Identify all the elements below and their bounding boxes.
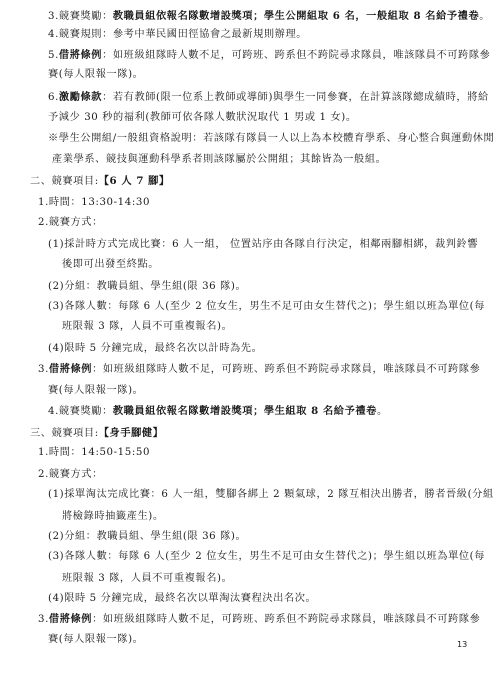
text-segment: 予減少 30 秒的福利(教師可依各隊人數狀況取代 1 男或 1 女)。 — [48, 112, 357, 123]
text-segment: 。 — [377, 406, 388, 417]
text-segment: ※學生公開組/一般組資格說明：若該隊有隊員一人以上為本校體育學系、身心整合與運動… — [48, 133, 494, 144]
text-segment: 3. — [38, 614, 49, 625]
document-line: 1.時間：14:50-15:50 — [38, 446, 150, 460]
bold-text: 教職員組依報名隊數增設獎項；學生組取 8 名給予禮卷 — [113, 405, 377, 417]
text-segment: 班限報 3 隊，人員不可重複報名)。 — [62, 573, 232, 584]
document-line: 3.借將條例：如班級組隊時人數不足，可跨班、跨系但不跨院尋求隊員，唯該隊員不可跨… — [38, 362, 480, 377]
document-line: 班限報 3 隊，人員不可重複報名)。 — [62, 320, 232, 334]
document-line: 將檢錄時抽籤產生)。 — [62, 510, 164, 524]
text-segment: ：如班級組隊時人數不足，可跨班、跨系但不跨院尋求隊員，唯該隊員不可跨隊參 — [102, 50, 490, 61]
text-segment: 2.競賽方式： — [38, 469, 103, 480]
text-segment: 產業學系、競技與運動科學系者則該隊屬於公開組；其餘皆為一般組。 — [52, 154, 386, 165]
bold-text: 激勵條款 — [59, 91, 102, 103]
text-segment: (3)各隊人數：每隊 6 人(至少 2 位女生，男生不足可由女生替代之)；學生組… — [48, 301, 485, 312]
document-line: (2)分組：教職員組、學生組(限 36 隊)。 — [48, 280, 246, 294]
document-line: 1.時間：13:30-14:30 — [38, 196, 150, 210]
bold-text: 教職員組依報名隊數增設獎項；學生公開組取 6 名，一般組取 8 名給予禮卷 — [113, 10, 479, 22]
document-line: 予減少 30 秒的福利(教師可依各隊人數狀況取代 1 男或 1 女)。 — [48, 111, 357, 125]
document-line: 產業學系、競技與運動科學系者則該隊屬於公開組；其餘皆為一般組。 — [52, 153, 386, 167]
bold-text: 借將條例 — [49, 363, 92, 375]
text-segment: 賽(每人限報一隊)。 — [48, 385, 143, 396]
document-line: (4)限時 5 分鐘完成，最終名次以計時為先。 — [48, 342, 262, 356]
document-line: 4.競賽獎勵：教職員組依報名隊數增設獎項；學生組取 8 名給予禮卷。 — [48, 404, 388, 419]
document-line: 後即可出發至終點。 — [62, 258, 159, 272]
document-line: 3.借將條例：如班級組隊時人數不足，可跨班、跨系但不跨院尋求隊員，唯該隊員不可跨… — [38, 612, 480, 627]
text-segment: ：如班級組隊時人數不足，可跨班、跨系但不跨院尋求隊員，唯該隊員不可跨隊參 — [92, 614, 480, 625]
document-line: 賽(每人限報一隊)。 — [48, 384, 143, 398]
document-line: (1)採計時方式完成比賽：6 人一組， 位置站序由各隊自行決定，相鄰兩腳相綁，裁… — [48, 238, 478, 252]
document-line: 2.競賽方式： — [38, 216, 103, 230]
document-line: 6.激勵條款：若有教師(限一位系上教師或導師)與學生一同參賽，在計算該隊總成績時… — [48, 90, 489, 105]
text-segment: (4)限時 5 分鐘完成，最終名次以計時為先。 — [48, 343, 262, 354]
bold-text: 【身手腳健】 — [99, 427, 164, 439]
text-segment: 賽(每人限報一隊)。 — [48, 634, 143, 645]
text-segment: 三、競賽項目: — [30, 428, 99, 439]
text-segment: ：若有教師(限一位系上教師或導師)與學生一同參賽，在計算該隊總成績時，將給 — [102, 92, 489, 103]
bold-text: 【6 人 7 腳】 — [99, 175, 170, 187]
document-line: 4.競賽規則：參考中華民國田徑協會之最新規則辦理。 — [48, 28, 307, 42]
document-line: 5.借將條例：如班級組隊時人數不足，可跨班、跨系但不跨院尋求隊員，唯該隊員不可跨… — [48, 48, 490, 63]
text-segment: (2)分組：教職員組、學生組(限 36 隊)。 — [48, 531, 246, 542]
bold-text: 借將條例 — [59, 49, 102, 61]
document-line: 3.競賽獎勵：教職員組依報名隊數增設獎項；學生公開組取 6 名，一般組取 8 名… — [48, 9, 490, 24]
text-segment: 後即可出發至終點。 — [62, 259, 159, 270]
text-segment: 2.競賽方式： — [38, 217, 103, 228]
text-segment: 6. — [48, 92, 59, 103]
document-line: (4)限時 5 分鐘完成，最終名次以單淘汰賽程決出名次。 — [48, 592, 316, 606]
text-segment: 4.競賽獎勵： — [48, 406, 113, 417]
document-line: (3)各隊人數：每隊 6 人(至少 2 位女生，男生不足可由女生替代之)；學生組… — [48, 550, 485, 564]
text-segment: 二、競賽項目: — [30, 176, 99, 187]
bold-text: 借將條例 — [49, 613, 92, 625]
text-segment: 3.競賽獎勵： — [48, 11, 113, 22]
document-line: 2.競賽方式： — [38, 468, 103, 482]
text-segment: 將檢錄時抽籤產生)。 — [62, 511, 164, 522]
document-line: (1)採單淘汰完成比賽：6 人一組，雙腳各綁上 2 顆氣球，2 隊互相決出勝者，… — [48, 488, 494, 502]
document-line: (2)分組：教職員組、學生組(限 36 隊)。 — [48, 530, 246, 544]
document-line: 三、競賽項目:【身手腳健】 — [30, 426, 164, 441]
text-segment: 1.時間：14:50-15:50 — [38, 447, 150, 458]
text-segment: 。 — [479, 11, 490, 22]
text-segment: (2)分組：教職員組、學生組(限 36 隊)。 — [48, 281, 246, 292]
text-segment: (1)採計時方式完成比賽：6 人一組， 位置站序由各隊自行決定，相鄰兩腳相綁，裁… — [48, 239, 478, 250]
text-segment: 賽(每人限報一隊)。 — [48, 69, 143, 80]
document-page: 3.競賽獎勵：教職員組依報名隊數增設獎項；學生公開組取 6 名，一般組取 8 名… — [0, 0, 495, 700]
document-line: (3)各隊人數：每隊 6 人(至少 2 位女生，男生不足可由女生替代之)；學生組… — [48, 300, 485, 314]
document-line: 二、競賽項目:【6 人 7 腳】 — [30, 174, 170, 189]
document-line: ※學生公開組/一般組資格說明：若該隊有隊員一人以上為本校體育學系、身心整合與運動… — [48, 132, 494, 146]
document-line: 賽(每人限報一隊)。 — [48, 68, 143, 82]
text-segment: (3)各隊人數：每隊 6 人(至少 2 位女生，男生不足可由女生替代之)；學生組… — [48, 551, 485, 562]
document-line: 班限報 3 隊，人員不可重複報名)。 — [62, 572, 232, 586]
text-segment: ：如班級組隊時人數不足，可跨班、跨系但不跨院尋求隊員，唯該隊員不可跨隊參 — [92, 364, 480, 375]
page-number: 13 — [457, 640, 467, 649]
text-segment: 5. — [48, 50, 59, 61]
text-segment: 1.時間：13:30-14:30 — [38, 197, 150, 208]
text-segment: 3. — [38, 364, 49, 375]
text-segment: 4.競賽規則：參考中華民國田徑協會之最新規則辦理。 — [48, 29, 307, 40]
text-segment: (1)採單淘汰完成比賽：6 人一組，雙腳各綁上 2 顆氣球，2 隊互相決出勝者，… — [48, 489, 494, 500]
text-segment: (4)限時 5 分鐘完成，最終名次以單淘汰賽程決出名次。 — [48, 593, 316, 604]
document-line: 賽(每人限報一隊)。 — [48, 633, 143, 647]
text-segment: 班限報 3 隊，人員不可重複報名)。 — [62, 321, 232, 332]
